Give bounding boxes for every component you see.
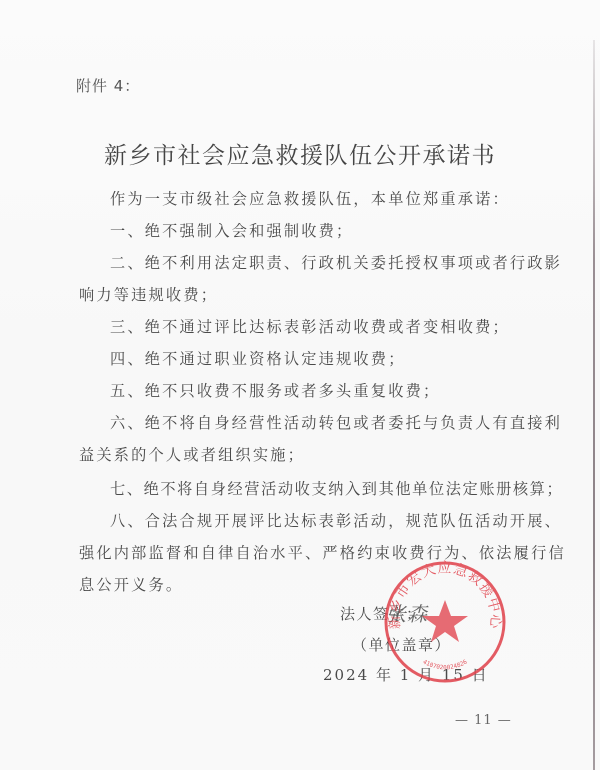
- commitment-2-line-1: 二、绝不利用法定职责、行政机关委托授权事项或者行政影: [110, 252, 562, 273]
- commitment-8-line-2: 强化内部监督和自律自治水平、严格约束收费行为、依法履行信: [79, 542, 566, 563]
- page-number: — 11 —: [455, 713, 512, 728]
- document-page: 附件 4： 新乡市社会应急救援队伍公开承诺书 作为一支市级社会应急救援队伍，本单…: [0, 0, 600, 770]
- commitment-4: 四、绝不通过职业资格认定违规收费；: [110, 348, 406, 369]
- commitment-5: 五、绝不只收费不服务或者多头重复收费；: [110, 380, 440, 401]
- attachment-label: 附件 4：: [76, 75, 140, 96]
- intro-paragraph: 作为一支市级社会应急救援队伍，本单位郑重承诺：: [110, 188, 510, 209]
- handwritten-signature: 张森: [386, 598, 428, 627]
- commitment-7: 七、绝不将自身经营活动收支纳入到其他单位法定账册核算；: [110, 478, 563, 499]
- commitment-6-line-2: 益关系的个人或者组织实施；: [79, 444, 305, 465]
- commitment-2-line-2: 响力等违规收费；: [79, 284, 218, 305]
- commitment-6-line-1: 六、绝不将自身经营性活动转包或者委托与负责人有直接利: [110, 412, 562, 433]
- document-title: 新乡市社会应急救援队伍公开承诺书: [0, 137, 600, 170]
- commitment-8-line-1: 八、合法合规开展评比达标表彰活动，规范队伍活动开展、: [110, 510, 562, 531]
- commitment-8-line-3: 息公开义务。: [79, 574, 183, 595]
- signature-date: 2024 年 1 月 15 日: [323, 664, 489, 685]
- commitment-1: 一、绝不强制入会和强制收费；: [110, 220, 353, 241]
- seal-label: （单位盖章）: [352, 634, 451, 655]
- commitment-3: 三、绝不通过评比达标表彰活动收费或者变相收费；: [110, 316, 510, 337]
